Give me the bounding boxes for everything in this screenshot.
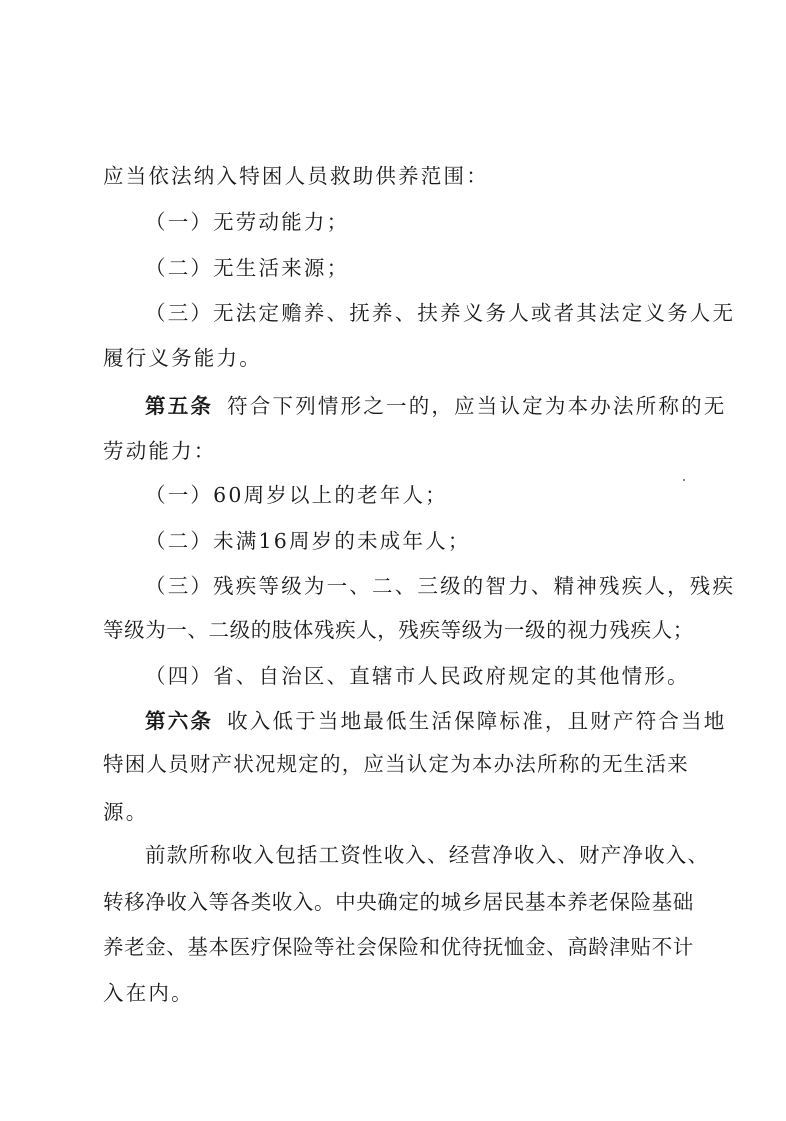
- article-heading: 第六条: [145, 709, 213, 733]
- list-item: （四）省、自治区、直辖市人民政府规定的其他情形。: [145, 662, 698, 690]
- text-line: 特困人员财产状况规定的，应当认定为本办法所称的无生活来: [103, 750, 698, 778]
- article-text: 符合下列情形之一的，应当认定为本办法所称的无: [227, 394, 726, 418]
- text-line: 转移净收入等各类收入。中央确定的城乡居民基本养老保险基础: [103, 888, 698, 916]
- list-item: （三）无法定赡养、抚养、扶养义务人或者其法定义务人无: [145, 299, 698, 327]
- text-line: 源。: [103, 798, 698, 826]
- list-item: （三）残疾等级为一、二、三级的智力、精神残疾人，残疾: [145, 572, 698, 600]
- text-line: 入在内。: [103, 979, 698, 1007]
- list-item: （二）未满16周岁的未成年人；: [145, 527, 698, 555]
- text-line: 应当依法纳入特困人员救助供养范围：: [103, 162, 698, 190]
- article-heading: 第五条: [145, 394, 213, 418]
- text-line: 等级为一、二级的肢体残疾人，残疾等级为一级的视力残疾人；: [103, 616, 698, 644]
- list-item: （一）无劳动能力；: [145, 208, 698, 236]
- list-item: （二）无生活来源；: [145, 254, 698, 282]
- text-line: 劳动能力：: [103, 437, 698, 465]
- article-line: 第六条收入低于当地最低生活保障标准，且财产符合当地: [145, 707, 698, 735]
- article-line: 第五条符合下列情形之一的，应当认定为本办法所称的无: [145, 392, 698, 420]
- article-text: 收入低于当地最低生活保障标准，且财产符合当地: [227, 709, 726, 733]
- list-item: （一）60周岁以上的老年人；: [145, 481, 698, 509]
- scan-speck: [683, 479, 685, 481]
- text-line: 养老金、基本医疗保险等社会保险和优待抚恤金、高龄津贴不计: [103, 933, 698, 961]
- text-line: 履行义务能力。: [103, 344, 698, 372]
- text-line: 前款所称收入包括工资性收入、经营净收入、财产净收入、: [145, 841, 698, 869]
